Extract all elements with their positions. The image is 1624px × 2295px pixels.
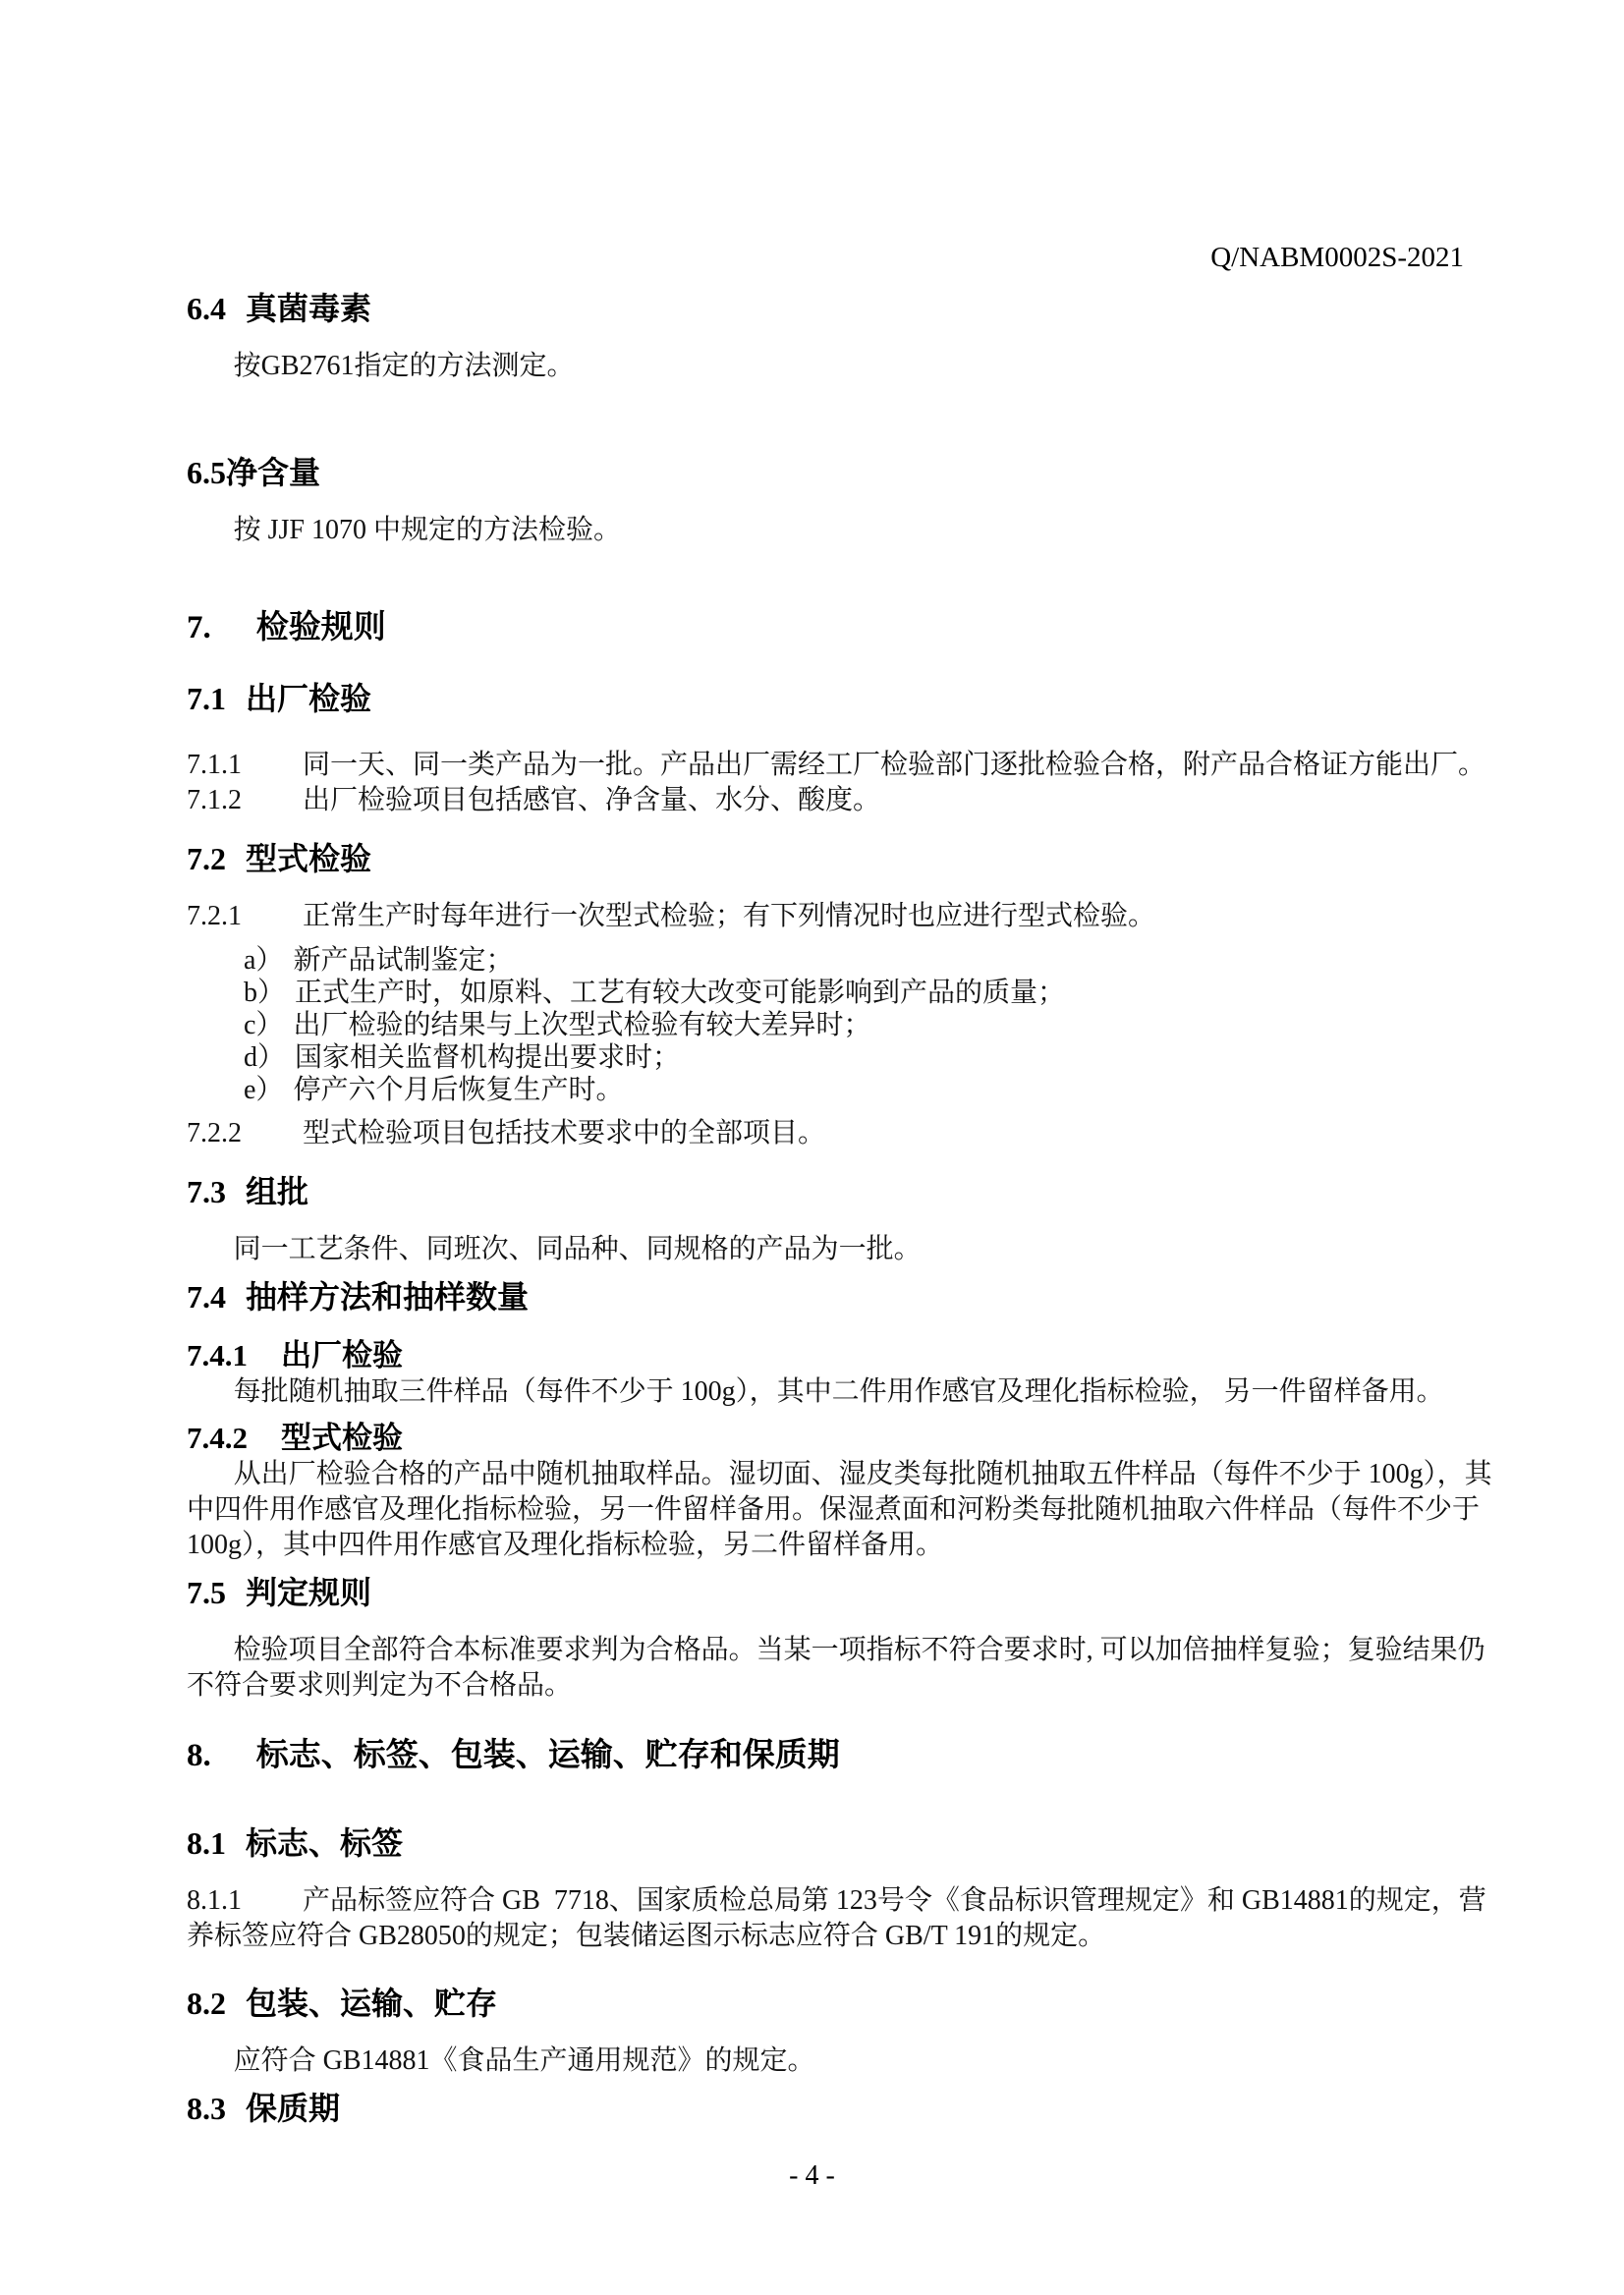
section-number: 7.2 [187, 841, 226, 876]
clause-text: 正常生产时每年进行一次型式检验；有下列情况时也应进行型式检验。 [303, 901, 1155, 931]
list-text: 国家相关监督机构提出要求时； [295, 1042, 680, 1073]
section-title: 判定规则 [246, 1575, 371, 1610]
section-heading-6-4: 6.4真菌毒素 [187, 289, 1493, 328]
document-body: 6.4真菌毒素按GB2761指定的方法测定。6.5净含量按 JJF 1070 中… [187, 279, 1493, 2128]
section-title: 净含量 [226, 455, 320, 490]
list-item-e: e）停产六个月后恢复生产时。 [244, 1074, 1493, 1106]
section-number: 8.1 [187, 1825, 226, 1861]
page-number: - 4 - [0, 2159, 1624, 2193]
section-heading-7-4-1: 7.4.1出厂检验 [187, 1337, 1493, 1374]
section-number: 8.3 [187, 2091, 226, 2126]
paragraph: 检验项目全部符合本标准要求判为合格品。当某一项指标不符合要求时, 可以加倍抽样复… [187, 1633, 1493, 1704]
section-heading-7-1: 7.1出厂检验 [187, 679, 1493, 718]
clause-text: 出厂检验项目包括感官、净含量、水分、酸度。 [303, 785, 880, 815]
section-title: 保质期 [246, 2091, 340, 2126]
section-title: 抽样方法和抽样数量 [246, 1279, 529, 1315]
paragraph: 同一工艺条件、同班次、同品种、同规格的产品为一批。 [187, 1232, 1493, 1267]
section-number: 8.2 [187, 1986, 226, 2021]
section-heading-8-1: 8.1标志、标签 [187, 1823, 1493, 1863]
list-marker: b） [244, 978, 285, 1008]
list-item-c: c）出厂检验的结果与上次型式检验有较大差异时； [244, 1009, 1493, 1041]
section-heading-6-5: 6.5净含量 [187, 453, 1493, 492]
section-number: 7.4.1 [187, 1338, 248, 1372]
paragraph: 从出厂检验合格的产品中随机抽取样品。湿切面、湿皮类每批随机抽取五件样品（每件不少… [187, 1457, 1493, 1563]
numbered-paragraph-7-1-1: 7.1.1同一天、同一类产品为一批。产品出厂需经工厂检验部门逐批检验合格，附产品… [187, 748, 1493, 783]
section-heading-7-4: 7.4抽样方法和抽样数量 [187, 1277, 1493, 1316]
section-number: 6.5 [187, 455, 226, 490]
section-heading-8: 8.标志、标签、包装、运输、贮存和保质期 [187, 1733, 1493, 1777]
section-heading-7: 7.检验规则 [187, 605, 1493, 649]
clause-text: 型式检验项目包括技术要求中的全部项目。 [303, 1118, 825, 1148]
section-title: 出厂检验 [281, 1338, 403, 1372]
section-title: 标志、标签 [246, 1825, 403, 1861]
section-heading-7-5: 7.5判定规则 [187, 1573, 1493, 1612]
numbered-paragraph-8-1-1: 8.1.1产品标签应符合 GB 7718、国家质检总局第 123号令《食品标识管… [187, 1883, 1493, 1954]
section-number: 7.5 [187, 1575, 226, 1610]
list-marker: d） [244, 1042, 285, 1073]
section-title: 组批 [246, 1174, 308, 1209]
section-title: 真菌毒素 [246, 291, 371, 326]
clause-number: 7.1.1 [187, 748, 303, 783]
list-marker: e） [244, 1075, 283, 1105]
section-heading-8-2: 8.2包装、运输、贮存 [187, 1984, 1493, 2023]
section-number: 7. [187, 610, 211, 645]
list-item-a: a）新产品试制鉴定； [244, 944, 1493, 977]
section-title: 检验规则 [256, 608, 386, 644]
section-title: 型式检验 [281, 1421, 403, 1455]
section-number: 8. [187, 1738, 211, 1773]
clause-number: 8.1.1 [187, 1883, 303, 1919]
list-text: 出厂检验的结果与上次型式检验有较大差异时； [293, 1010, 870, 1040]
section-number: 7.4 [187, 1279, 226, 1315]
list-text: 停产六个月后恢复生产时。 [293, 1075, 623, 1105]
clause-number: 7.2.1 [187, 899, 303, 934]
list-marker: c） [244, 1010, 283, 1040]
numbered-paragraph-7-2-1: 7.2.1正常生产时每年进行一次型式检验；有下列情况时也应进行型式检验。 [187, 899, 1493, 934]
doc-standard-code: Q/NABM0002S-2021 [187, 240, 1464, 275]
paragraph: 按 JJF 1070 中规定的方法检验。 [187, 513, 1493, 548]
clause-number: 7.2.2 [187, 1116, 303, 1151]
list-marker: a） [244, 945, 283, 976]
section-heading-8-3: 8.3保质期 [187, 2089, 1493, 2128]
paragraph: 按GB2761指定的方法测定。 [187, 349, 1493, 384]
paragraph: 每批随机抽取三件样品（每件不少于 100g），其中二件用作感官及理化指标检验， … [187, 1374, 1493, 1410]
section-heading-7-3: 7.3组批 [187, 1172, 1493, 1211]
list-text: 正式生产时，如原料、工艺有较大改变可能影响到产品的质量； [295, 978, 1065, 1008]
section-title: 出厂检验 [246, 681, 371, 716]
section-title: 标志、标签、包装、运输、贮存和保质期 [256, 1736, 840, 1772]
section-number: 7.3 [187, 1174, 226, 1209]
list-item-d: d）国家相关监督机构提出要求时； [244, 1041, 1493, 1074]
document-page: Q/NABM0002S-2021 6.4真菌毒素按GB2761指定的方法测定。6… [0, 0, 1624, 2295]
section-title: 包装、运输、贮存 [246, 1986, 497, 2021]
numbered-paragraph-7-2-2: 7.2.2型式检验项目包括技术要求中的全部项目。 [187, 1116, 1493, 1151]
section-heading-7-2: 7.2型式检验 [187, 839, 1493, 878]
list-item-b: b）正式生产时，如原料、工艺有较大改变可能影响到产品的质量； [244, 977, 1493, 1009]
section-title: 型式检验 [246, 841, 371, 876]
paragraph: 应符合 GB14881《食品生产通用规范》的规定。 [187, 2043, 1493, 2079]
section-heading-7-4-2: 7.4.2型式检验 [187, 1420, 1493, 1457]
list-text: 新产品试制鉴定； [293, 945, 513, 976]
numbered-paragraph-7-1-2: 7.1.2出厂检验项目包括感官、净含量、水分、酸度。 [187, 783, 1493, 818]
clause-text: 产品标签应符合 GB 7718、国家质检总局第 123号令《食品标识管理规定》和… [187, 1885, 1486, 1951]
clause-number: 7.1.2 [187, 783, 303, 818]
clause-text: 同一天、同一类产品为一批。产品出厂需经工厂检验部门逐批检验合格，附产品合格证方能… [303, 750, 1485, 780]
section-number: 7.4.2 [187, 1421, 248, 1455]
section-number: 6.4 [187, 291, 226, 326]
section-number: 7.1 [187, 681, 226, 716]
